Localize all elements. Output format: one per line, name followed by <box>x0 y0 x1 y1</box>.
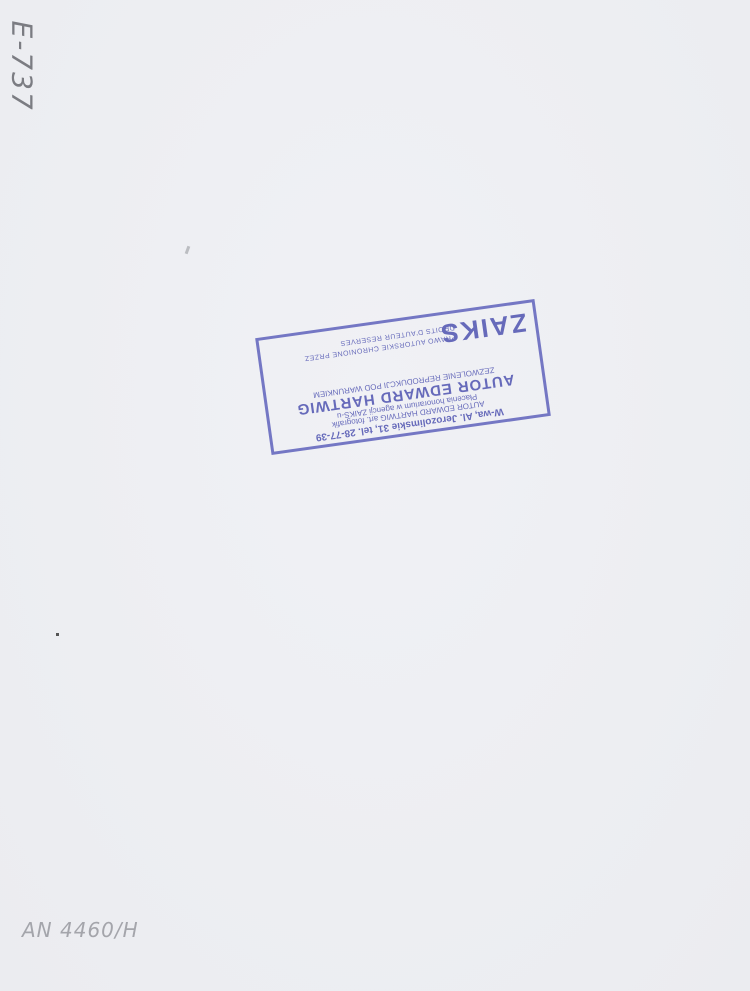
stamp-brand: ZAIKS <box>437 306 528 349</box>
catalog-number: AN 4460/H <box>22 918 139 942</box>
photo-back: E-737 W-wa, Al. Jerozolimskie 31, tel. 2… <box>0 0 750 991</box>
paper-mark <box>185 246 191 255</box>
archive-code: E-737 <box>6 21 39 181</box>
paper-dot <box>56 633 59 636</box>
zaiks-stamp: W-wa, Al. Jerozolimskie 31, tel. 28-77-3… <box>255 299 551 455</box>
